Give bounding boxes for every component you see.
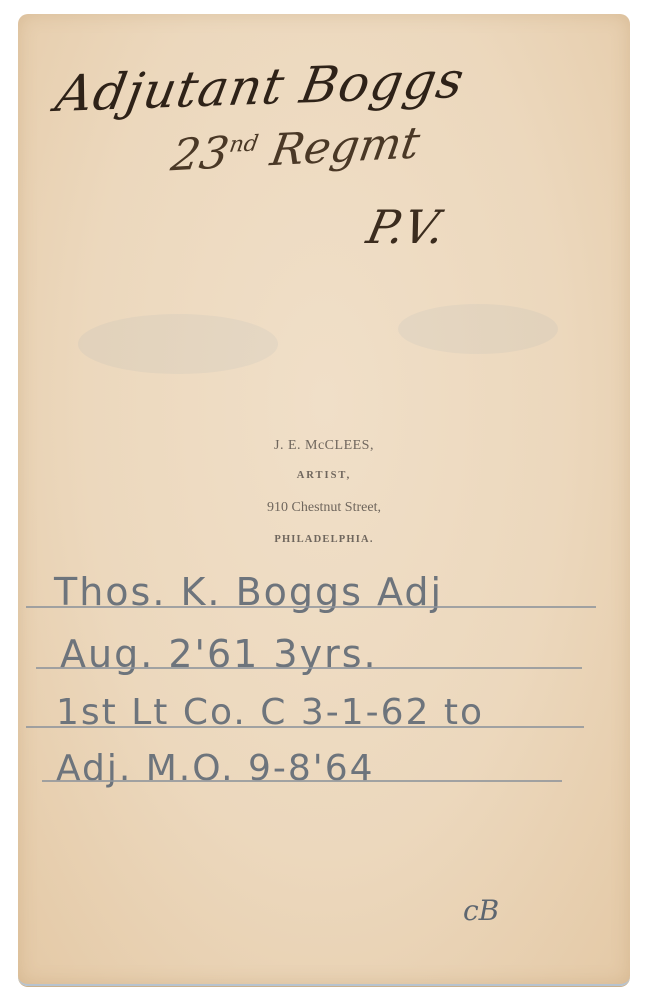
photographer-city: PHILADELPHIA.: [18, 534, 630, 545]
regiment-suffix: nd: [228, 131, 261, 157]
photographer-title: ARTIST,: [18, 470, 630, 481]
ruled-line: [26, 606, 596, 608]
carte-de-visite-back: Adjutant Boggs 23nd Regmt P.V. J. E. McC…: [18, 14, 630, 986]
ink-inscription-regiment: 23nd Regmt: [168, 118, 424, 182]
photographer-address: 910 Chestnut Street,: [18, 500, 630, 516]
pencil-note-muster-out: Adj. M.O. 9-8'64: [56, 748, 375, 789]
ink-inscription-state: P.V.: [362, 200, 450, 254]
regiment-number: 23: [168, 128, 233, 182]
smudge: [78, 314, 278, 374]
ink-inscription-title: Adjutant Boggs: [51, 51, 468, 123]
collector-initials: cB: [463, 894, 499, 927]
ruled-line: [36, 667, 582, 669]
pencil-note-enlistment: Aug. 2'61 3yrs.: [60, 632, 378, 676]
ruled-line: [42, 780, 562, 782]
smudge: [398, 304, 558, 354]
photographer-name: J. E. McCLEES,: [18, 438, 630, 454]
ruled-line: [26, 726, 584, 728]
regiment-word: Regmt: [267, 118, 423, 177]
